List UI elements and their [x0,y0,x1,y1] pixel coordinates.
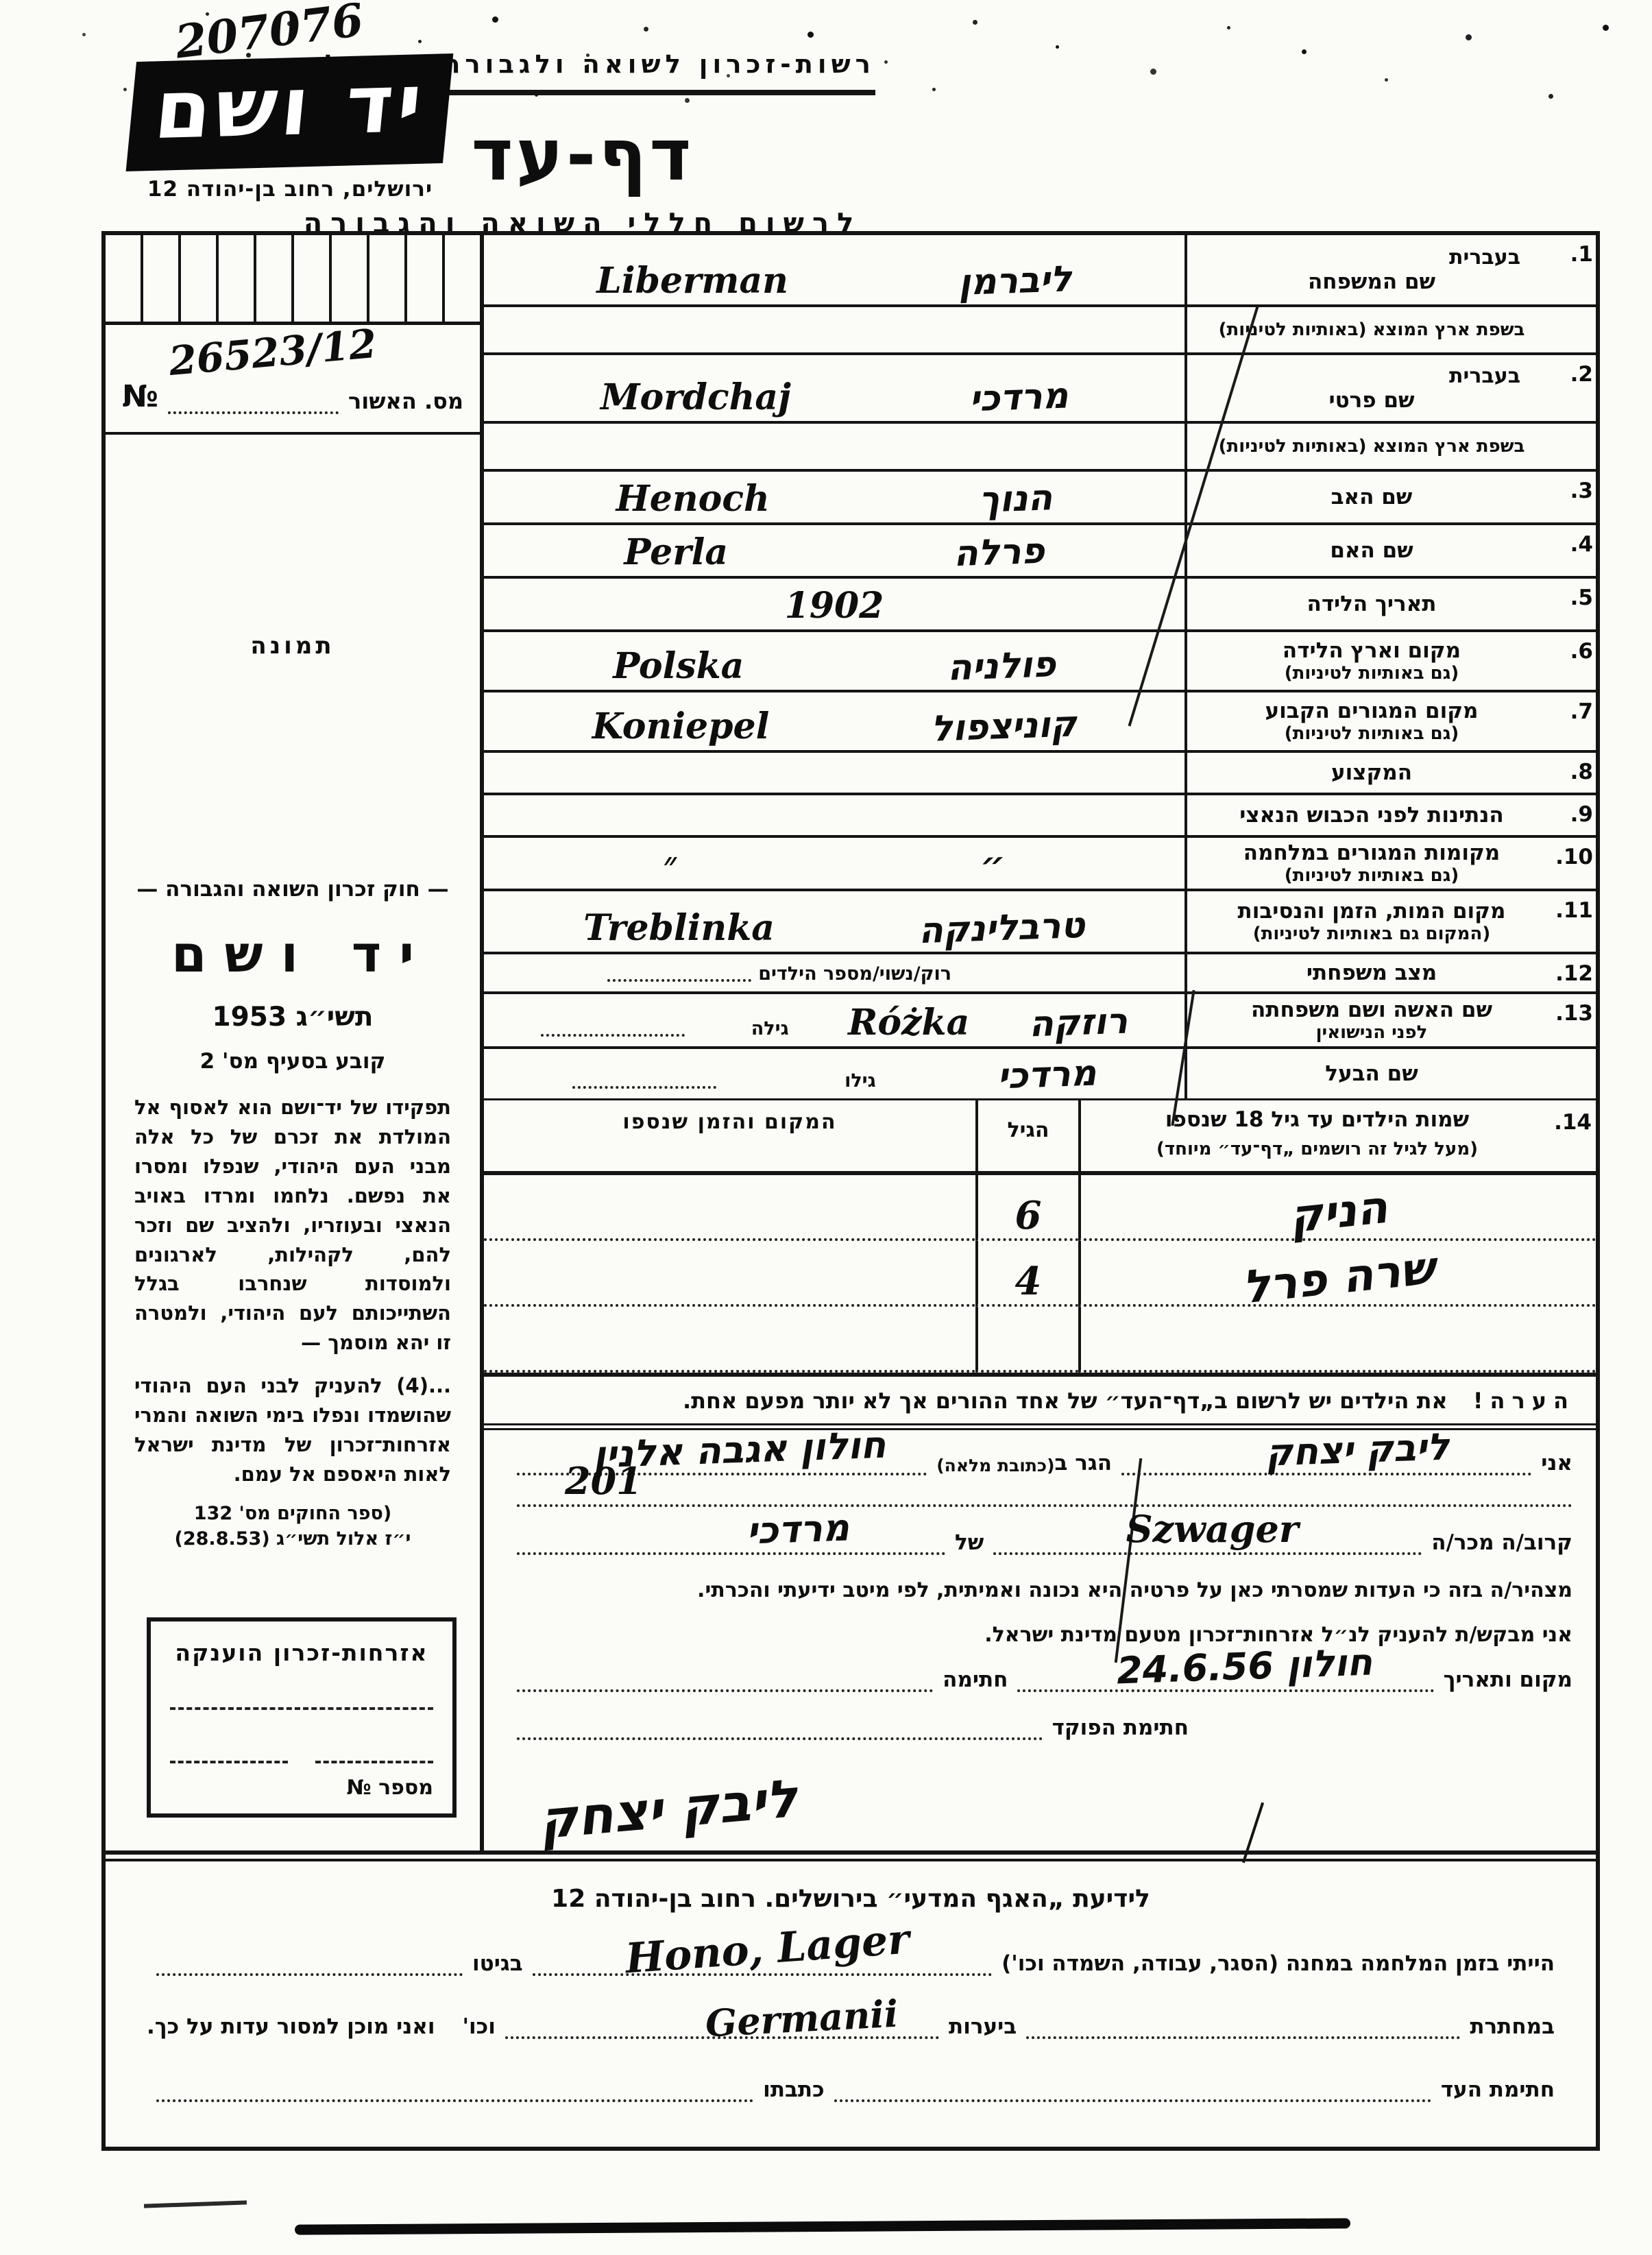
handwritten-hebrew: קוניצפול [930,703,1077,749]
child-row: הניק 6 [484,1175,1596,1241]
dotted-line: 201 [517,1499,1572,1507]
field-number: 10. [1548,842,1593,884]
field-number [1548,428,1593,465]
handwriting-cell: טרבלינקה Treblinka [484,891,1185,952]
form-table: מס. האשור № 26523/12 תמונה — חוק זכרון ה… [101,231,1600,2151]
label-sub: בשפת ארץ המוצא (באותיות לטיניות) [1195,436,1548,457]
child-age-handwritten: 4 [1015,1259,1042,1304]
relation-line: קרוב/ה מכר/ה Szwager של מרדכי [507,1530,1572,1555]
note-word: הערה! [1473,1388,1575,1414]
child-place-cell [484,1175,975,1241]
dotted-line: Hono, Lager [533,1968,993,1976]
place-date-handwritten: חולון 24.6.56 [1116,1641,1373,1693]
dotted-line [156,1968,463,1976]
law-sidebar: — חוק זכרון השואה והגבורה — יד ושם תשי״ג… [106,856,480,1554]
field-row-first-name-latin: בשפת ארץ המוצא (באותיות לטיניות) [484,424,1596,472]
children-table-header: 14. שמות הילדים עד גיל 18 שנספו (מעל לגי… [484,1098,1596,1175]
field-row-mother-name: 4. שם האם פרלה Perla [484,525,1596,579]
handwritten-latin: 1902 [785,585,884,627]
child-age-handwritten: 6 [1015,1193,1042,1238]
field-label: בעברית שם המשפחה [1195,239,1548,300]
handwritten-latin: Polska [613,645,744,687]
dotted-line [156,2094,753,2102]
request-text: אני מבקש/ת להעניק לנ״ל אזרחות־זכרון מטעם… [507,1623,1572,1647]
label-main: שם המשפחה [1195,269,1548,294]
victim-name-handwritten: מרדכי [746,1506,850,1552]
field-row-profession: 8. המקצוע [484,753,1596,795]
handwritten-hebrew: טרבלינקה [918,905,1086,952]
handwritten-latin: Różka [848,1002,969,1044]
dotted-line: Germanii [505,2031,939,2039]
field-number: 2. [1548,359,1593,417]
label-sub: (המקום גם באותיות לטיניות) [1195,924,1548,944]
declarant-line: אני ליבק יצחק הגר ב (כתובת מלאה) חולון א… [507,1451,1572,1475]
field-row-family-name-latin: בשפת ארץ המוצא (באותיות לטיניות) [484,307,1596,355]
handwritten-latin: Koniepel [592,706,770,747]
field-row-family-name: 1. בעברית שם המשפחה ליברמן Liberman [484,235,1596,307]
field-number: 1. [1548,239,1593,300]
dotted-line [607,974,751,982]
witness-signature-line: חתימת העד כתבתו [147,2077,1555,2102]
field-number: 7. [1548,697,1593,746]
handwritten-hebrew: הנוך [978,477,1053,521]
handwritten-hebrew: ליברמן [958,258,1072,304]
forests-handwritten: Germanii [704,1992,899,2046]
field-label-cell: 2. בעברית שם פרטי [1185,355,1596,421]
numero-symbol: № [122,379,158,414]
printed-her-age: גילה [751,1018,789,1044]
label-sub: (גם באותיות לטיניות) [1195,663,1548,684]
field-number: 11. [1548,895,1593,948]
law-clause: קובע בסעיף מס' 2 [134,1049,451,1074]
ghetto-label: בגיטו [472,1951,523,1976]
strip-cell [143,235,181,322]
field-number: 5. [1548,583,1593,625]
approval-number-handwritten: 26523/12 [167,320,378,385]
note-row: הערה! את הילדים יש לרשום ב„דף־העד״ של אח… [484,1373,1596,1430]
declaration-section: אני ליבק יצחק הגר ב (כתובת מלאה) חולון א… [484,1430,1596,1850]
form-top: מס. האשור № 26523/12 תמונה — חוק זכרון ה… [106,235,1596,1855]
note-text: את הילדים יש לרשום ב„דף־העד״ של אחד ההור… [683,1388,1448,1414]
memorial-box-number-label: מספר № [170,1776,433,1800]
handwriting-cell [484,424,1185,469]
address-continuation-line: 201 [507,1499,1572,1507]
field-row-place-of-death: 11. מקום המות, הזמן והנסיבות (המקום גם ב… [484,891,1596,954]
place-date-signature-line: מקום ותאריך חולון 24.6.56 חתימה [507,1667,1572,1692]
handwriting-cell: ליברמן Liberman [484,235,1185,304]
strip-cell [407,235,445,322]
witness-signature-handwritten: ליבק יצחק [537,1768,800,1851]
scan-streak-artifact [295,2218,1350,2234]
child-row: שרה פרל 4 [484,1241,1596,1307]
printed-his-age: גילו [845,1070,876,1096]
i-label: אני [1541,1451,1572,1475]
ready-to-testify-label: ואני מוכן למסור עדות על כך. [147,2014,435,2039]
clerk-label: חתימת הפוקד [1052,1715,1189,1740]
memorial-box-title: אזרחות-זכרון הוענקה [170,1639,433,1666]
photo-label: תמונה [250,632,335,660]
label-sub: לפני הנישואין [1195,1022,1548,1043]
handwriting-cell [484,307,1185,352]
statement-text: מצהיר/ה בזה כי העדות שמסרתי כאן על פרטיה… [507,1578,1572,1602]
label-main: שם הבעל [1195,1061,1548,1086]
law-paragraph-2: ...(4) להעניק לבני העם היהודי שהושמדו ונ… [134,1371,451,1489]
dotted-line [834,2094,1431,2102]
law-yad-vashem: יד ושם [134,925,469,984]
resides-label: הגר ב [1055,1451,1113,1475]
strip-cell [369,235,407,322]
handwritten-hebrew: מרדכי [997,1053,1097,1098]
label-main: מקום המגורים הקבוע [1195,699,1548,723]
approval-dotted-line [168,405,339,414]
field-number: 6. [1548,636,1593,686]
label-main: הנתינות לפני הכבוש הנאצי [1195,803,1548,828]
scientific-branch-title: לידיעת „האגף המדעי״ בירושלים. רחוב בן-יה… [147,1885,1555,1913]
handwriting-cell: רוזקה Różka גילה [484,994,1185,1046]
place-column-header: המקום והזמן שנספו [484,1100,975,1134]
handwritten-latin: Henoch [616,478,770,520]
resides-sublabel: (כתובת מלאה) [936,1456,1054,1475]
handwritten-hebrew: מרדכי [969,376,1069,420]
clerk-mark-artifact [1242,1802,1264,1864]
witness-address-label: כתבתו [763,2077,824,2102]
handwriting-cell: ״ ״ [484,838,1185,889]
law-year: תשי״ג 1953 [134,1002,451,1033]
child-name-handwritten: הניק [1287,1181,1390,1244]
field-row-permanent-residence: 7. מקום המגורים הקבוע (גם באותיות לטיניו… [484,692,1596,753]
field-number: 9. [1548,799,1593,831]
handwriting-cell: 1902 [484,579,1185,629]
handwriting-cell: מרדכי גילו [484,1049,1185,1098]
camp-handwritten: Hono, Lager [624,1916,911,1983]
law-paragraph-1: תפקידו של יד־ושם הוא לאסוף אל המולדת את … [134,1093,451,1358]
children-names-header: 14. שמות הילדים עד גיל 18 שנספו (מעל לגי… [1078,1100,1596,1171]
dotted-line [541,1028,685,1037]
handwriting-cell [484,753,1185,793]
strip-cell [294,235,332,322]
yad-vashem-logo: יד ושם [126,53,454,171]
memorial-box-segment [315,1755,433,1763]
main-column: 1. בעברית שם המשפחה ליברמן Liberman [484,235,1596,1850]
field-row-citizenship: 9. הנתינות לפני הכבוש הנאצי [484,795,1596,838]
underground-label: במחתרת [1470,2014,1555,2039]
label-main: שם האב [1195,485,1548,509]
handwritten-latin: Perla [624,531,728,573]
page-of-testimony: רשות-זכרון לשואה ולגבורה, ירושלים דף-עד … [0,0,1652,2255]
field-number: 8. [1548,757,1593,788]
signature-label: חתימה [943,1667,1008,1692]
relation-handwritten: Szwager [1126,1507,1299,1551]
ditto-mark: ״ [980,844,1006,886]
field-number: 14. [1546,1107,1592,1164]
field-row-husband-name: שם הבעל מרדכי גילו [484,1049,1596,1098]
strip-cell [445,235,480,322]
child-row [484,1307,1596,1373]
place-date-label: מקום ותאריך [1444,1667,1572,1692]
label-main: שם פרטי [1195,388,1548,413]
label-main: מקום וארץ הלידה [1195,638,1548,663]
children-sublabel: (מעל לגיל זה רושמים „דף־עד״ מיוחד) [1088,1139,1546,1159]
field-label-cell: 1. בעברית שם המשפחה [1185,235,1596,304]
forests-label: ביערות [949,2014,1017,2039]
handwriting-cell: פולניה Polska [484,632,1185,690]
handwritten-latin: Treblinka [583,907,775,949]
handwriting-cell: מרדכי Mordchaj [484,355,1185,421]
field-row-father-name: 3. שם האב הנוך Henoch [484,472,1596,525]
ditto-mark: ״ [663,844,677,886]
strip-cell [219,235,256,322]
handwritten-hebrew: רוזקה [1028,1001,1128,1046]
strip-cell [181,235,219,322]
label-sub: (גם באותיות לטיניות) [1195,865,1548,886]
child-name-handwritten: שרה פרל [1240,1242,1437,1314]
children-label: שמות הילדים עד גיל 18 שנספו [1088,1107,1546,1132]
strip-cell [106,235,143,322]
field-row-wartime-residences: 10. מקומות המגורים במלחמה (גם באותיות לט… [484,838,1596,891]
law-title: — חוק זכרון השואה והגבורה — [134,877,451,902]
label-main: המקצוע [1195,760,1548,785]
witness-signature-label: חתימת העד [1441,2077,1555,2102]
house-number-handwritten: 201 [565,1459,642,1503]
handwritten-hebrew: פולניה [947,644,1056,688]
label-main: תאריך הלידה [1195,592,1548,616]
field-number [1548,1053,1593,1094]
handwriting-cell: רוק/נשוי/מספר הילדים [484,954,1185,991]
label-main: שם האם [1195,538,1548,563]
memorial-box-segment [170,1755,288,1763]
dotted-line: ליבק יצחק [1121,1467,1531,1475]
etc-label: וכו' [463,2014,496,2039]
field-row-wife-name: 13. שם האשה ושם משפחתה לפני הנישואין רוז… [484,994,1596,1049]
clerk-signature-line: חתימת הפוקד [507,1715,1572,1740]
label-main: מקום המות, הזמן והנסיבות [1195,899,1548,924]
camp-line: הייתי בזמן המלחמה במחנה (הסגר, עבודה, הש… [147,1951,1555,1976]
law-reference-2: י״ז אלול תשי״ג (28.8.53) [134,1528,451,1549]
child-place-cell [484,1307,975,1373]
handwriting-cell: הנוך Henoch [484,472,1185,522]
handwritten-latin: Liberman [596,260,788,302]
memorial-box-lines [170,1755,433,1763]
field-number: 13. [1548,998,1593,1042]
field-number: 4. [1548,529,1593,572]
approval-number-row: מס. האשור № 26523/12 [106,325,480,435]
underground-forests-line: במחתרת ביערות Germanii וכו' ואני מוכן למ… [147,2014,1555,2039]
label-main: מצב משפחתי [1195,961,1548,985]
dotted-line [572,1081,716,1089]
field-row-family-status: 12. מצב משפחתי רוק/נשוי/מספר הילדים [484,954,1596,994]
label-hebrew-hint: בעברית [1195,245,1548,269]
of-label: של [955,1530,984,1555]
label-hebrew-hint: בעברית [1195,364,1548,388]
strip-cell [332,235,369,322]
handwritten-latin: Mordchaj [600,376,791,418]
scan-streak-artifact [144,2200,247,2208]
handwriting-cell: פרלה Perla [484,525,1185,576]
handwriting-cell: קוניצפול Koniepel [484,692,1185,750]
field-row-birth-place: 6. מקום וארץ הלידה (גם באותיות לטיניות) … [484,632,1596,692]
camp-label: הייתי בזמן המלחמה במחנה (הסגר, עבודה, הש… [1001,1951,1555,1976]
handwriting-cell [484,795,1185,835]
field-row-first-name: 2. בעברית שם פרטי מרדכי Mordchaj [484,355,1596,424]
perforation-strip [106,235,480,325]
dotted-line: חולון 24.6.56 [1017,1684,1433,1692]
handwritten-hebrew: פרלה [953,531,1045,575]
child-place-cell [484,1241,975,1307]
approval-label: מס. האשור [348,388,463,414]
memorial-citizenship-box: אזרחות-זכרון הוענקה מספר № [147,1617,457,1818]
law-reference-1: (ספר החוקים מס' 132 [134,1503,451,1524]
label-main: מקומות המגורים במלחמה [1195,841,1548,865]
scientific-branch-section: לידיעת „האגף המדעי״ בירושלים. רחוב בן-יה… [106,1859,1596,2147]
field-number: 3. [1548,476,1593,518]
photo-area: תמונה [106,435,480,856]
printed-status-options: רוק/נשוי/מספר הילדים [758,963,951,989]
dotted-line [1026,2031,1460,2039]
field-row-birth-date: 5. תאריך הלידה 1902 [484,579,1596,632]
field-label-cell: בשפת ארץ המוצא (באותיות לטיניות) [1185,424,1596,469]
left-column: מס. האשור № 26523/12 תמונה — חוק זכרון ה… [106,235,484,1850]
strip-cell [256,235,294,322]
dotted-line [517,1732,1043,1740]
declarant-name-handwritten: ליבק יצחק [1265,1425,1450,1474]
relative-label: קרוב/ה מכר/ה [1431,1530,1572,1555]
dotted-line: מרדכי [517,1547,945,1555]
label-main: שם האשה ושם משפחתה [1195,998,1548,1022]
label-sub: (גם באותיות לטיניות) [1195,723,1548,744]
field-number [1548,311,1593,348]
age-column-header: הגיל [978,1100,1078,1142]
field-number: 12. [1548,958,1593,987]
memorial-box-line [170,1702,433,1710]
dotted-line: Szwager [993,1547,1422,1555]
dotted-line [517,1684,933,1692]
header-right: 207076 יד ושם ירושלים, רחוב בן-יהודה 12 [81,4,499,202]
logo-address: ירושלים, רחוב בן-יהודה 12 [81,177,499,202]
